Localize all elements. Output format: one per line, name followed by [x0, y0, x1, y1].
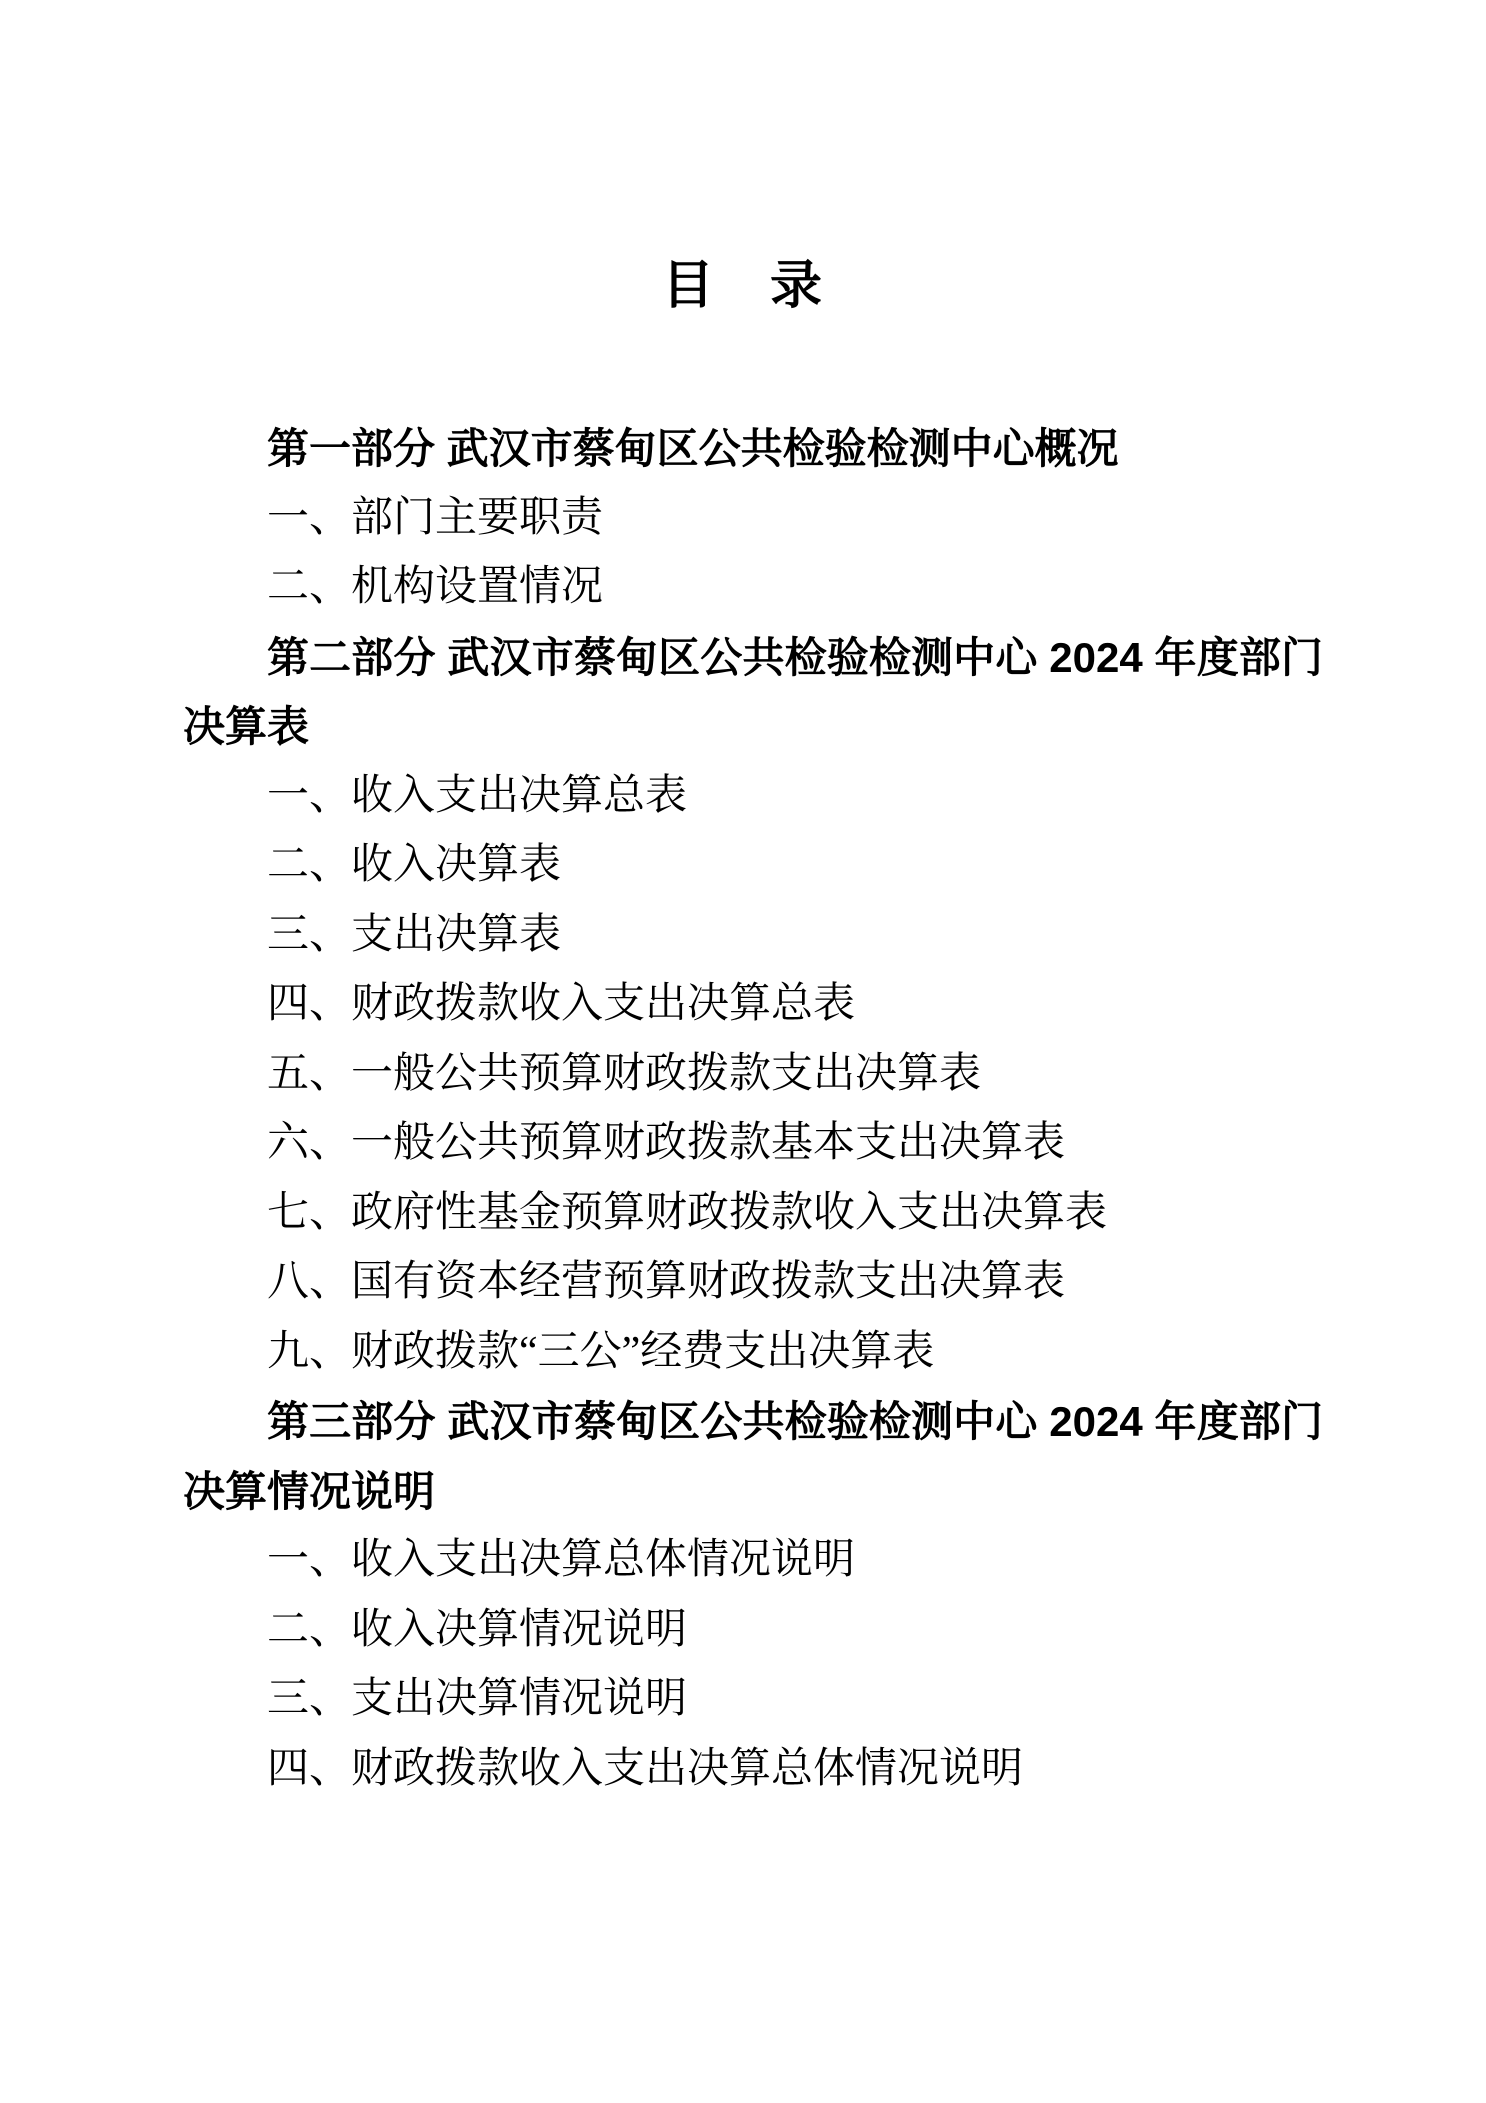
toc-entry-part2-item4: 四、财政拨款收入支出决算总表: [183, 970, 1323, 1040]
toc-entry-part1-item2: 二、机构设置情况: [183, 553, 1323, 623]
toc-entry-part3-item3: 三、支出决算情况说明: [183, 1665, 1323, 1735]
toc-entry-part2-item2: 二、收入决算表: [183, 831, 1323, 901]
table-of-contents: 第一部分 武汉市蔡甸区公共检验检测中心概况 一、部门主要职责 二、机构设置情况 …: [183, 414, 1323, 1804]
document-page: 目 录 第一部分 武汉市蔡甸区公共检验检测中心概况 一、部门主要职责 二、机构设…: [0, 0, 1486, 2103]
toc-entry-part3-item1: 一、收入支出决算总体情况说明: [183, 1526, 1323, 1596]
toc-entry-part3-item2: 二、收入决算情况说明: [183, 1596, 1323, 1666]
toc-entry-part2-item6: 六、一般公共预算财政拨款基本支出决算表: [183, 1109, 1323, 1179]
toc-part-3-heading: 第三部分 武汉市蔡甸区公共检验检测中心 2024 年度部门决算情况说明: [183, 1387, 1323, 1526]
page-title: 目 录: [0, 256, 1486, 318]
toc-entry-part2-item3: 三、支出决算表: [183, 901, 1323, 971]
toc-entry-part2-item5: 五、一般公共预算财政拨款支出决算表: [183, 1040, 1323, 1110]
toc-entry-part3-item4: 四、财政拨款收入支出决算总体情况说明: [183, 1735, 1323, 1805]
toc-entry-part2-item8: 八、国有资本经营预算财政拨款支出决算表: [183, 1248, 1323, 1318]
toc-part-2-heading: 第二部分 武汉市蔡甸区公共检验检测中心 2024 年度部门决算表: [183, 623, 1323, 762]
toc-entry-part2-item9: 九、财政拨款“三公”经费支出决算表: [183, 1318, 1323, 1388]
toc-part-1-heading: 第一部分 武汉市蔡甸区公共检验检测中心概况: [183, 414, 1323, 484]
toc-entry-part2-item7: 七、政府性基金预算财政拨款收入支出决算表: [183, 1179, 1323, 1249]
toc-entry-part2-item1: 一、收入支出决算总表: [183, 762, 1323, 832]
toc-entry-part1-item1: 一、部门主要职责: [183, 484, 1323, 554]
